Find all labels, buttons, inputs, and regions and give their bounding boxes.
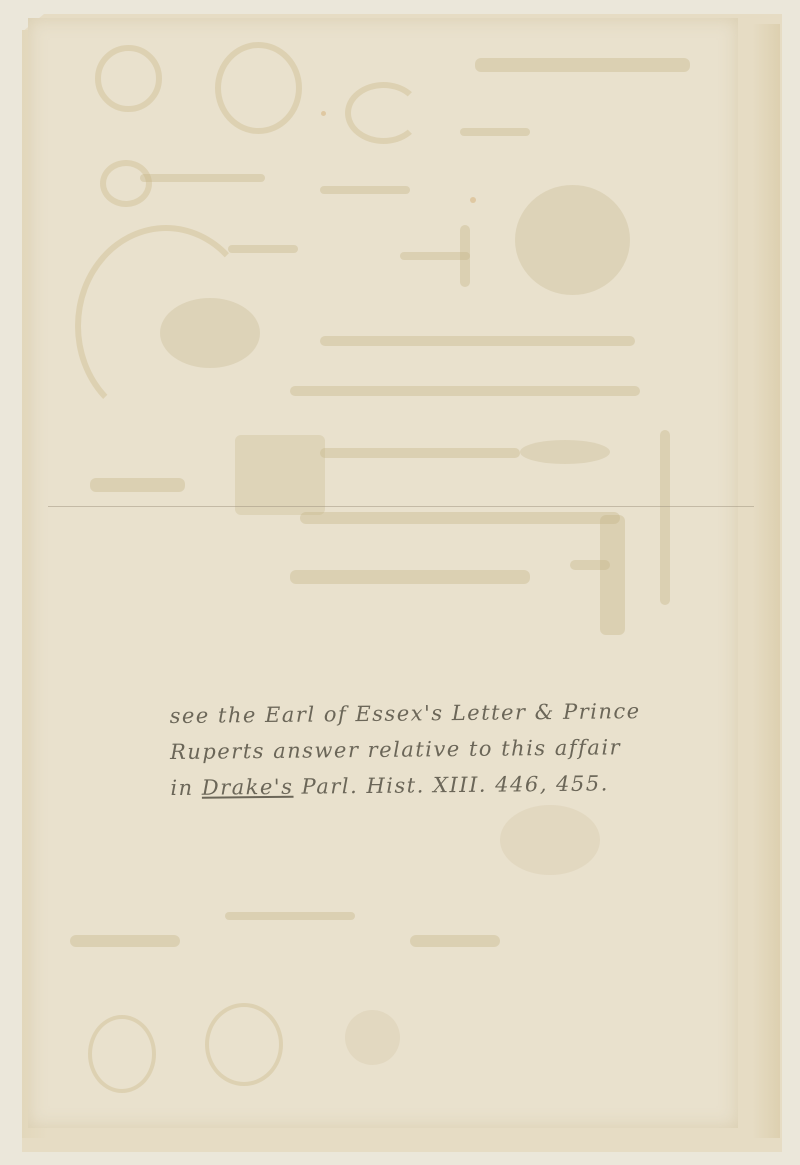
ghost-rod bbox=[290, 570, 530, 584]
underlined-source-name: Drake's bbox=[202, 775, 294, 800]
note-line-1: see the Earl of Essex's Letter & Prince bbox=[169, 692, 749, 734]
fold-line bbox=[48, 506, 754, 507]
ghost-rod bbox=[660, 430, 670, 605]
ghost-rod bbox=[410, 935, 500, 947]
ghost-disc bbox=[500, 805, 600, 875]
sheet-right-margin bbox=[752, 24, 780, 1138]
ghost-block bbox=[235, 435, 325, 515]
note-text: see the Earl of Essex's Letter & Prince bbox=[170, 699, 641, 728]
note-text: in bbox=[170, 776, 202, 800]
ghost-disc bbox=[515, 185, 630, 295]
ghost-rod bbox=[70, 935, 180, 947]
ghost-ring bbox=[95, 45, 162, 112]
ghost-long-rod bbox=[320, 336, 635, 346]
citation-reference: Parl. Hist. XIII. 446, 455. bbox=[293, 771, 609, 798]
ghost-oval bbox=[160, 298, 260, 368]
ghost-bracket bbox=[300, 512, 620, 524]
ghost-blade bbox=[520, 440, 610, 464]
ghost-rod bbox=[320, 448, 520, 458]
ghost-ring bbox=[205, 1003, 283, 1086]
ghost-loop bbox=[100, 160, 152, 207]
ghost-rod bbox=[320, 186, 410, 194]
ghost-rod bbox=[225, 912, 355, 920]
ghost-disc bbox=[345, 1010, 400, 1065]
ghost-horseshoe bbox=[345, 82, 422, 144]
ghost-bar bbox=[475, 58, 690, 72]
ghost-rod bbox=[228, 245, 298, 253]
handwritten-note: see the Earl of Essex's Letter & Prince … bbox=[169, 692, 750, 806]
note-text: Ruperts answer relative to this affair bbox=[170, 735, 621, 764]
note-line-3: in Drake's Parl. Hist. XIII. 446, 455. bbox=[170, 764, 750, 806]
ghost-rod bbox=[570, 560, 610, 570]
ghost-bracket bbox=[600, 515, 625, 635]
note-line-2: Ruperts answer relative to this affair bbox=[170, 728, 750, 770]
ghost-rod bbox=[90, 478, 185, 492]
ghost-bar bbox=[460, 128, 530, 136]
foxing-spot bbox=[470, 197, 476, 203]
ghost-ring bbox=[88, 1015, 156, 1093]
ghost-ring bbox=[215, 42, 302, 134]
ghost-rod bbox=[140, 174, 265, 182]
foxing-spot bbox=[321, 111, 326, 116]
ghost-long-rod bbox=[290, 386, 640, 396]
ghost-t-bar bbox=[400, 252, 470, 260]
